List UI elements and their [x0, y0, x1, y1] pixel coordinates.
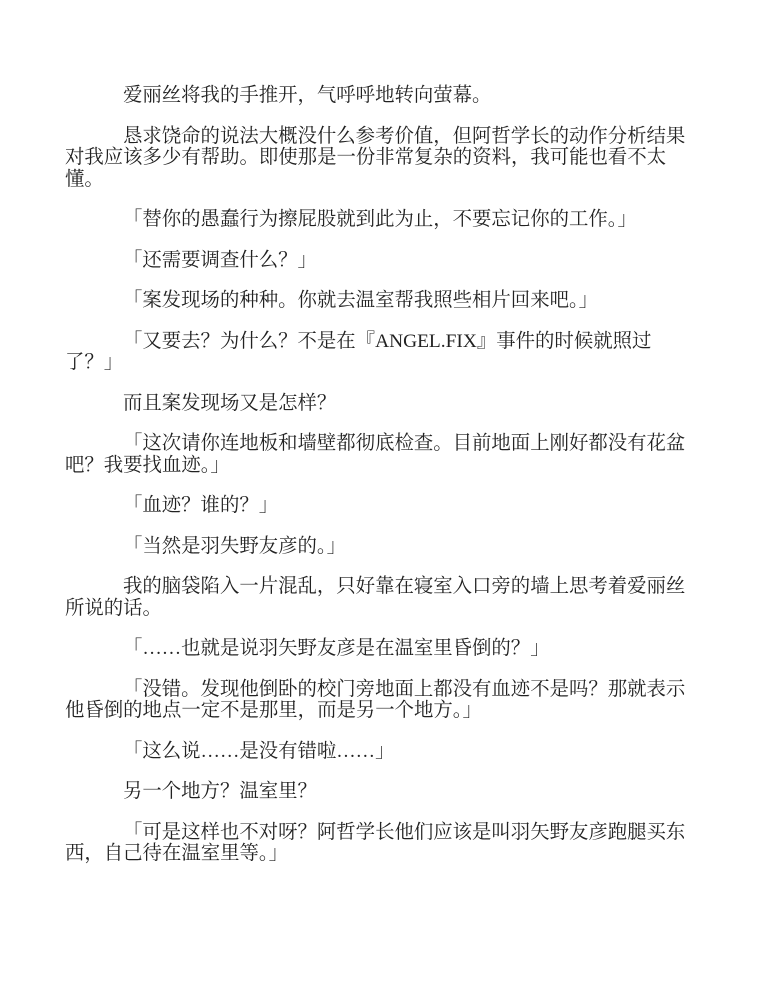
paragraph-narration-3: 而且案发现场又是怎样？	[65, 393, 699, 415]
novel-page: 爱丽丝将我的手推开，气呼呼地转向萤幕。 恳求饶命的说法大概没什么参考价值，但阿哲…	[0, 0, 765, 990]
paragraph-dialogue-7: 「当然是羽失野友彦的。」	[65, 536, 699, 558]
paragraph-dialogue-1: 「替你的愚蠢行为擦屁股就到此为止，不要忘记你的工作。」	[65, 209, 699, 231]
paragraph-dialogue-5: 「这次请你连地板和墙壁都彻底检查。目前地面上刚好都没有花盆 吧？我要找血迹。」	[65, 433, 699, 476]
paragraph-dialogue-11: 「可是这样也不对呀？阿哲学长他们应该是叫羽矢野友彦跑腿买东 西，自己待在温室里等…	[65, 822, 699, 865]
paragraph-dialogue-2: 「还需要调查什么？」	[65, 250, 699, 272]
paragraph-dialogue-9: 「没错。发现他倒卧的校门旁地面上都没有血迹不是吗？那就表示 他昏倒的地点一定不是…	[65, 679, 699, 722]
paragraph-dialogue-10: 「这么说……是没有错啦……」	[65, 741, 699, 763]
paragraph-narration-1: 爱丽丝将我的手推开，气呼呼地转向萤幕。	[65, 85, 699, 107]
paragraph-dialogue-8: 「……也就是说羽矢野友彦是在温室里昏倒的？」	[65, 638, 699, 660]
paragraph-dialogue-3: 「案发现场的种种。你就去温室帮我照些相片回来吧。」	[65, 290, 699, 312]
paragraph-dialogue-4: 「又要去？为什么？不是在『ANGEL.FIX』事件的时候就照过 了？」	[65, 331, 699, 374]
paragraph-dialogue-6: 「血迹？谁的？」	[65, 495, 699, 517]
paragraph-narration-5: 另一个地方？温室里？	[65, 781, 699, 803]
paragraph-narration-2: 恳求饶命的说法大概没什么参考价值，但阿哲学长的动作分析结果 对我应该多少有帮助。…	[65, 126, 699, 191]
paragraph-narration-4: 我的脑袋陷入一片混乱，只好靠在寝室入口旁的墙上思考着爱丽丝 所说的话。	[65, 576, 699, 619]
